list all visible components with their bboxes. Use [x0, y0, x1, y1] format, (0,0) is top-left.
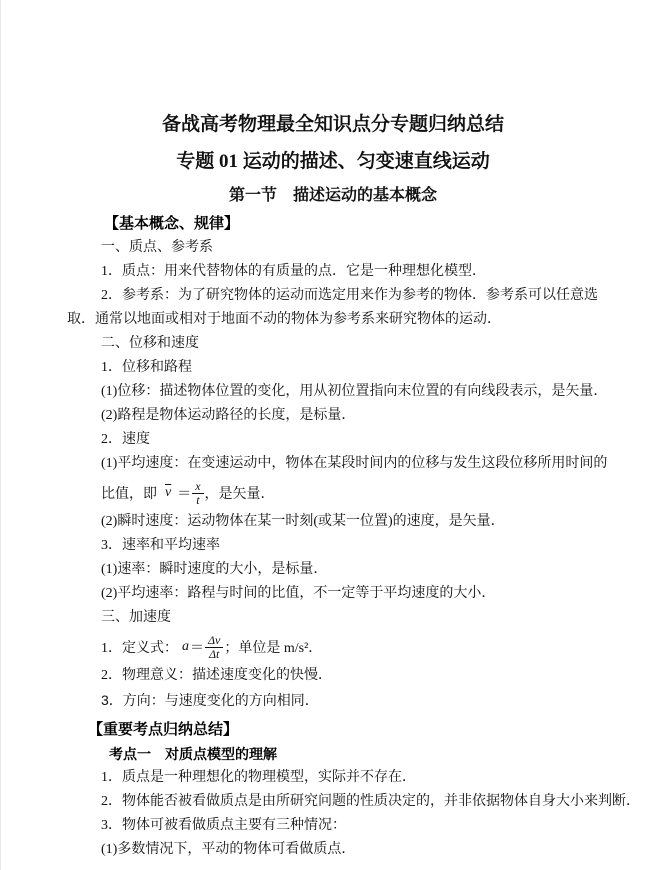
formula-prefix: 1．定义式： — [101, 637, 178, 657]
doc-topic-title: 专题 01 运动的描述、匀变速直线运动 — [67, 149, 599, 175]
text-line: 3．物体可被看做质点主要有三种情况： — [67, 814, 599, 838]
fraction-x-over-t: x t — [192, 480, 203, 507]
formula-suffix: ，是矢量． — [205, 483, 275, 503]
text-line: (1)位移：描述物体位置的变化，用从初位置指向末位置的有向线段表示，是矢量． — [67, 380, 599, 404]
text-line: 取．通常以地面或相对于地面不动的物体为参考系来研究物体的运动． — [67, 308, 599, 332]
text-line: 2．参考系：为了研究物体的运动而选定用来作为参考的物体．参考系可以任意选 — [67, 284, 599, 308]
text-line: 1．位移和路程 — [67, 356, 599, 380]
text-line: 3．方向：与速度变化的方向相同． — [67, 688, 599, 712]
fraction-numerator: Δv — [205, 634, 223, 648]
formula-prefix: 比值，即 — [101, 483, 157, 503]
text-line: 二、位移和速度 — [67, 332, 599, 356]
doc-section-title: 第一节 描述运动的基本概念 — [67, 185, 599, 207]
formula-suffix: ；单位是 m/s²． — [224, 637, 322, 657]
text-line: 1．质点：用来代替物体的有质量的点．它是一种理想化模型． — [67, 260, 599, 284]
formula-line-acceleration: 1．定义式： a ＝ Δv Δt ；单位是 m/s²． — [67, 630, 599, 664]
fraction-denominator: Δt — [206, 648, 222, 661]
text-line: 三、加速度 — [67, 606, 599, 630]
basic-concepts-heading: 【基本概念、规律】 — [104, 212, 599, 236]
text-line: 2．物体能否被看做质点是由所研究问题的性质决定的，并非依据物体自身大小来判断． — [67, 790, 599, 814]
text-line: (1)多数情况下，平动的物体可看做质点． — [67, 838, 599, 862]
text-line: (1)平均速度：在变速运动中，物体在某段时间内的位移与发生这段位移所用时间的 — [67, 452, 599, 476]
text-line: 2．速度 — [67, 428, 599, 452]
v-bar-symbol: v — [163, 485, 173, 501]
equals-sign: ＝ — [177, 483, 191, 503]
a-symbol: a — [182, 639, 189, 655]
text-line: (2)瞬时速度：运动物体在某一时刻(或某一位置)的速度，是矢量． — [67, 510, 599, 534]
kaodian-1-heading: 考点一 对质点模型的理解 — [109, 742, 599, 766]
equals-sign: ＝ — [190, 637, 204, 657]
doc-main-title: 备战高考物理最全知识点分专题归纳总结 — [67, 112, 599, 138]
text-line: 3．速率和平均速率 — [67, 534, 599, 558]
formula-line-average-velocity: 比值，即 v ＝ x t ，是矢量． — [67, 476, 599, 510]
fraction-denominator: t — [193, 494, 202, 507]
text-line: 一、质点、参考系 — [67, 236, 599, 260]
document-page: 备战高考物理最全知识点分专题归纳总结 专题 01 运动的描述、匀变速直线运动 第… — [0, 0, 665, 870]
text-line: 1．质点是一种理想化的物理模型，实际并不存在． — [67, 766, 599, 790]
key-points-heading: 【重要考点归纳总结】 — [88, 718, 599, 742]
text-line: (2)路程是物体运动路径的长度，是标量． — [67, 404, 599, 428]
text-line: (1)速率：瞬时速度的大小，是标量． — [67, 558, 599, 582]
fraction-dv-over-dt: Δv Δt — [205, 634, 223, 661]
text-line: 2．物理意义：描述速度变化的快慢． — [67, 664, 599, 688]
text-line: (2)平均速率：路程与时间的比值，不一定等于平均速度的大小． — [67, 582, 599, 606]
fraction-numerator: x — [192, 480, 203, 494]
